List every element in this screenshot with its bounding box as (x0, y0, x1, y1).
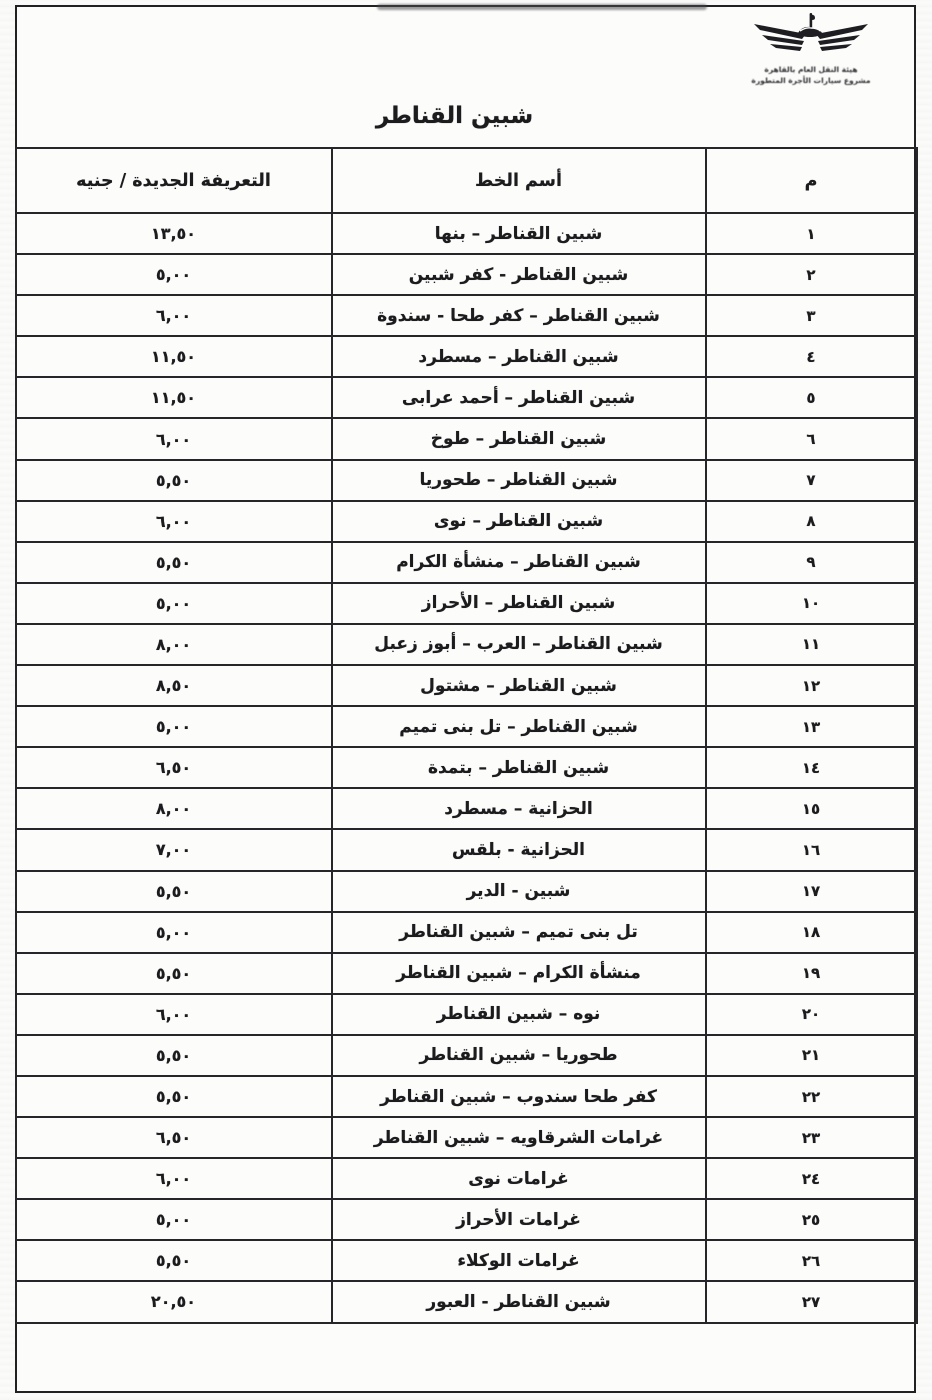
line-name-cell: شبين القناطر – بنها (332, 213, 706, 254)
table-row: ٢١طحوريا – شبين القناطر٥,٥٠ (16, 1035, 917, 1076)
tariff-cell: ٥,٥٠ (16, 1076, 332, 1117)
line-name-cell: شبين القناطر - العبور (332, 1281, 706, 1322)
tariff-cell: ٧,٠٠ (16, 829, 332, 870)
tariff-cell: ٦,٠٠ (16, 501, 332, 542)
table-row: ٦شبين القناطر – طوخ٦,٠٠ (16, 418, 917, 459)
line-name-cell: شبين - الدير (332, 871, 706, 912)
tariff-cell: ٥,٥٠ (16, 953, 332, 994)
table-row: ٢٣غرامات الشرقاويه – شبين القناطر٦,٥٠ (16, 1117, 917, 1158)
tariff-cell: ٥,٠٠ (16, 706, 332, 747)
tariff-cell: ٥,٠٠ (16, 1199, 332, 1240)
fares-table: م أسم الخط التعريفة الجديدة / جنيه ١شبين… (15, 147, 918, 1324)
column-header-tariff: التعريفة الجديدة / جنيه (16, 148, 332, 213)
scanned-fare-document: { "document": { "title": "شبين القناطر" … (0, 0, 932, 1400)
tariff-cell: ٥,٥٠ (16, 1035, 332, 1076)
tariff-cell: ٥,٥٠ (16, 871, 332, 912)
row-number-cell: ٦ (706, 418, 917, 459)
table-row: ٢٦غرامات الوكلاء٥,٥٠ (16, 1240, 917, 1281)
tariff-cell: ٨,٥٠ (16, 665, 332, 706)
table-row: ٢شبين القناطر - كفر شبين٥,٠٠ (16, 254, 917, 295)
line-name-cell: شبين القناطر – نوى (332, 501, 706, 542)
table-row: ١٨تل بنى تميم – شبين القناطر٥,٠٠ (16, 912, 917, 953)
row-number-cell: ١٨ (706, 912, 917, 953)
table-row: ١٠شبين القناطر – الأحراز٥,٠٠ (16, 583, 917, 624)
tariff-cell: ٥,٥٠ (16, 542, 332, 583)
line-name-cell: منشأة الكرام – شبين القناطر (332, 953, 706, 994)
row-number-cell: ٩ (706, 542, 917, 583)
line-name-cell: شبين القناطر – مشتول (332, 665, 706, 706)
line-name-cell: نوه – شبين القناطر (332, 994, 706, 1035)
tariff-cell: ٥,٠٠ (16, 583, 332, 624)
line-name-cell: كفر طحا سندوب – شبين القناطر (332, 1076, 706, 1117)
line-name-cell: طحوريا – شبين القناطر (332, 1035, 706, 1076)
table-row: ٢٢كفر طحا سندوب – شبين القناطر٥,٥٠ (16, 1076, 917, 1117)
tariff-cell: ١١,٥٠ (16, 336, 332, 377)
row-number-cell: ٢٣ (706, 1117, 917, 1158)
line-name-cell: شبين القناطر – تل بنى تميم (332, 706, 706, 747)
row-number-cell: ٢٢ (706, 1076, 917, 1117)
line-name-cell: شبين القناطر – الأحراز (332, 583, 706, 624)
row-number-cell: ٢٥ (706, 1199, 917, 1240)
row-number-cell: ٨ (706, 501, 917, 542)
table-row: ١٧شبين - الدير٥,٥٠ (16, 871, 917, 912)
line-name-cell: غرامات نوى (332, 1158, 706, 1199)
winged-emblem-icon (736, 11, 886, 63)
tariff-cell: ٨,٠٠ (16, 788, 332, 829)
table-row: ١٥الحزانية – مسطرد٨,٠٠ (16, 788, 917, 829)
row-number-cell: ١٧ (706, 871, 917, 912)
row-number-cell: ١٤ (706, 747, 917, 788)
table-header-row: م أسم الخط التعريفة الجديدة / جنيه (16, 148, 917, 213)
line-name-cell: غرامات الشرقاويه – شبين القناطر (332, 1117, 706, 1158)
table-row: ٧شبين القناطر – طحوريا٥,٥٠ (16, 460, 917, 501)
tariff-cell: ١١,٥٠ (16, 377, 332, 418)
line-name-cell: تل بنى تميم – شبين القناطر (332, 912, 706, 953)
row-number-cell: ٥ (706, 377, 917, 418)
line-name-cell: الحزانية - بلقس (332, 829, 706, 870)
line-name-cell: شبين القناطر – كفر طحا - سندوة (332, 295, 706, 336)
logo-caption-line1: هيئة النقل العام بالقاهرة (736, 64, 886, 75)
table-row: ٢٤غرامات نوى٦,٠٠ (16, 1158, 917, 1199)
row-number-cell: ٤ (706, 336, 917, 377)
line-name-cell: شبين القناطر – طحوريا (332, 460, 706, 501)
row-number-cell: ٢٧ (706, 1281, 917, 1322)
tariff-cell: ٥,٠٠ (16, 912, 332, 953)
page-title: شبين القناطر (17, 103, 892, 129)
row-number-cell: ١ (706, 213, 917, 254)
line-name-cell: غرامات الوكلاء (332, 1240, 706, 1281)
logo-caption-line2: مشروع سيارات الأجرة المتطورة (736, 75, 886, 86)
column-header-index: م (706, 148, 917, 213)
row-number-cell: ١٠ (706, 583, 917, 624)
table-row: ١١شبين القناطر – العرب – أبوز زعبل٨,٠٠ (16, 624, 917, 665)
tariff-cell: ٢٠,٥٠ (16, 1281, 332, 1322)
row-number-cell: ١٢ (706, 665, 917, 706)
line-name-cell: شبين القناطر - كفر شبين (332, 254, 706, 295)
table-row: ١٩منشأة الكرام – شبين القناطر٥,٥٠ (16, 953, 917, 994)
table-row: ٢٥غرامات الأحراز٥,٠٠ (16, 1199, 917, 1240)
row-number-cell: ٢٠ (706, 994, 917, 1035)
fare-table-body: ١شبين القناطر – بنها١٣,٥٠٢شبين القناطر -… (16, 213, 917, 1323)
tariff-cell: ٦,٠٠ (16, 1158, 332, 1199)
tariff-cell: ٥,٥٠ (16, 1240, 332, 1281)
row-number-cell: ١١ (706, 624, 917, 665)
document-sheet: هيئة النقل العام بالقاهرة مشروع سيارات ا… (15, 5, 916, 1393)
table-row: ١٢شبين القناطر – مشتول٨,٥٠ (16, 665, 917, 706)
table-row: ١شبين القناطر – بنها١٣,٥٠ (16, 213, 917, 254)
row-number-cell: ٣ (706, 295, 917, 336)
line-name-cell: شبين القناطر – مسطرد (332, 336, 706, 377)
scan-smudge (377, 4, 707, 10)
row-number-cell: ١٥ (706, 788, 917, 829)
tariff-cell: ١٣,٥٠ (16, 213, 332, 254)
row-number-cell: ١٩ (706, 953, 917, 994)
row-number-cell: ١٣ (706, 706, 917, 747)
tariff-cell: ٥,٠٠ (16, 254, 332, 295)
table-row: ٢٠نوه – شبين القناطر٦,٠٠ (16, 994, 917, 1035)
tariff-cell: ٦,٠٠ (16, 295, 332, 336)
table-row: ١٣شبين القناطر – تل بنى تميم٥,٠٠ (16, 706, 917, 747)
row-number-cell: ٢ (706, 254, 917, 295)
table-row: ١٦الحزانية - بلقس٧,٠٠ (16, 829, 917, 870)
row-number-cell: ٢١ (706, 1035, 917, 1076)
row-number-cell: ٧ (706, 460, 917, 501)
tariff-cell: ٦,٠٠ (16, 418, 332, 459)
tariff-cell: ٦,٥٠ (16, 747, 332, 788)
row-number-cell: ١٦ (706, 829, 917, 870)
tariff-cell: ٥,٥٠ (16, 460, 332, 501)
table-row: ٤شبين القناطر – مسطرد١١,٥٠ (16, 336, 917, 377)
table-row: ١٤شبين القناطر – بتمدة٦,٥٠ (16, 747, 917, 788)
line-name-cell: شبين القناطر – طوخ (332, 418, 706, 459)
line-name-cell: شبين القناطر – منشأة الكرام (332, 542, 706, 583)
line-name-cell: شبين القناطر – بتمدة (332, 747, 706, 788)
line-name-cell: غرامات الأحراز (332, 1199, 706, 1240)
tariff-cell: ٦,٠٠ (16, 994, 332, 1035)
row-number-cell: ٢٤ (706, 1158, 917, 1199)
row-number-cell: ٢٦ (706, 1240, 917, 1281)
table-row: ٩شبين القناطر – منشأة الكرام٥,٥٠ (16, 542, 917, 583)
table-row: ٢٧شبين القناطر - العبور٢٠,٥٠ (16, 1281, 917, 1322)
table-row: ٣شبين القناطر – كفر طحا - سندوة٦,٠٠ (16, 295, 917, 336)
agency-logo: هيئة النقل العام بالقاهرة مشروع سيارات ا… (736, 11, 886, 86)
tariff-cell: ٨,٠٠ (16, 624, 332, 665)
table-row: ٥شبين القناطر – أحمد عرابى١١,٥٠ (16, 377, 917, 418)
line-name-cell: شبين القناطر – أحمد عرابى (332, 377, 706, 418)
line-name-cell: الحزانية – مسطرد (332, 788, 706, 829)
tariff-cell: ٦,٥٠ (16, 1117, 332, 1158)
table-row: ٨شبين القناطر – نوى٦,٠٠ (16, 501, 917, 542)
column-header-line-name: أسم الخط (332, 148, 706, 213)
line-name-cell: شبين القناطر – العرب – أبوز زعبل (332, 624, 706, 665)
